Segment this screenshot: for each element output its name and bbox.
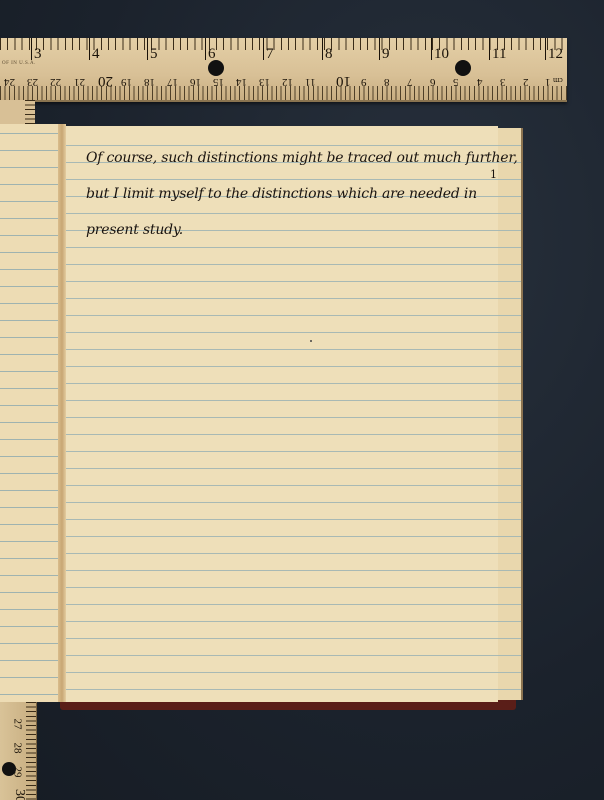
- inch-label: 7: [266, 46, 274, 63]
- cm-label: 1: [545, 76, 551, 88]
- top-ruler: OF IN U.S.A. 3 4 5 6 7 8 9 10 11 12 24 2…: [0, 38, 567, 102]
- inch-label: 3: [34, 46, 42, 63]
- cm-label: 24: [4, 76, 15, 88]
- ink-speck: [310, 340, 312, 342]
- handwritten-line-1: Of course, such distinctions might be tr…: [86, 150, 518, 166]
- cm-label: 20: [98, 72, 113, 89]
- ruler-ticks: [25, 100, 35, 124]
- inch-label: 5: [150, 46, 158, 63]
- ruler-hole: [208, 60, 224, 76]
- right-page: [64, 126, 498, 702]
- cm-label: 17: [167, 76, 178, 88]
- book-gutter: [58, 124, 66, 702]
- maker-mark: OF IN U.S.A.: [2, 61, 36, 66]
- cm-label: 14: [236, 76, 247, 88]
- cm-label: 10: [336, 72, 351, 89]
- cm-label: 9: [361, 76, 367, 88]
- cm-label: 23: [27, 76, 38, 88]
- inch-label: 11: [492, 46, 506, 63]
- inch-label: 9: [382, 46, 390, 63]
- left-page: [0, 124, 62, 702]
- back-pages-edge: [496, 128, 523, 700]
- cm-label: 16: [190, 76, 201, 88]
- cm-label: 3: [500, 76, 506, 88]
- cm-ticks: [0, 86, 567, 100]
- left-ruler-bottom: 27 28 29 30: [0, 702, 37, 800]
- cm-label: 28: [12, 743, 24, 754]
- cm-label: 19: [121, 76, 132, 88]
- cm-label: 11: [305, 76, 316, 88]
- left-ruler-top-stub: [0, 100, 35, 124]
- cm-label: 21: [74, 76, 85, 88]
- inch-label: 10: [434, 46, 449, 63]
- cm-label: 4: [477, 76, 483, 88]
- inch-label: 8: [325, 46, 333, 63]
- ruler-hole: [2, 762, 16, 776]
- cm-label: 12: [282, 76, 293, 88]
- inch-label: 4: [92, 46, 100, 63]
- cm-label: 15: [213, 76, 224, 88]
- cm-label: 2: [523, 76, 529, 88]
- ruler-hole: [455, 60, 471, 76]
- inch-ticks: [0, 38, 567, 50]
- cm-label: 30: [11, 789, 27, 800]
- cm-label: 13: [259, 76, 270, 88]
- cm-label: 27: [12, 719, 24, 730]
- cm-unit-label: cm: [553, 76, 563, 85]
- cm-label: 5: [453, 76, 459, 88]
- ruler-ticks: [26, 702, 36, 800]
- cm-label: 8: [384, 76, 390, 88]
- cm-label: 22: [50, 76, 61, 88]
- handwritten-line-2: but I limit myself to the distinctions w…: [86, 186, 477, 202]
- page-mark: 1: [490, 168, 497, 181]
- inch-label: 12: [548, 46, 563, 63]
- cm-label: 7: [407, 76, 413, 88]
- cm-label: 6: [430, 76, 436, 88]
- handwritten-line-3: present study.: [86, 222, 183, 238]
- cm-label: 18: [144, 76, 155, 88]
